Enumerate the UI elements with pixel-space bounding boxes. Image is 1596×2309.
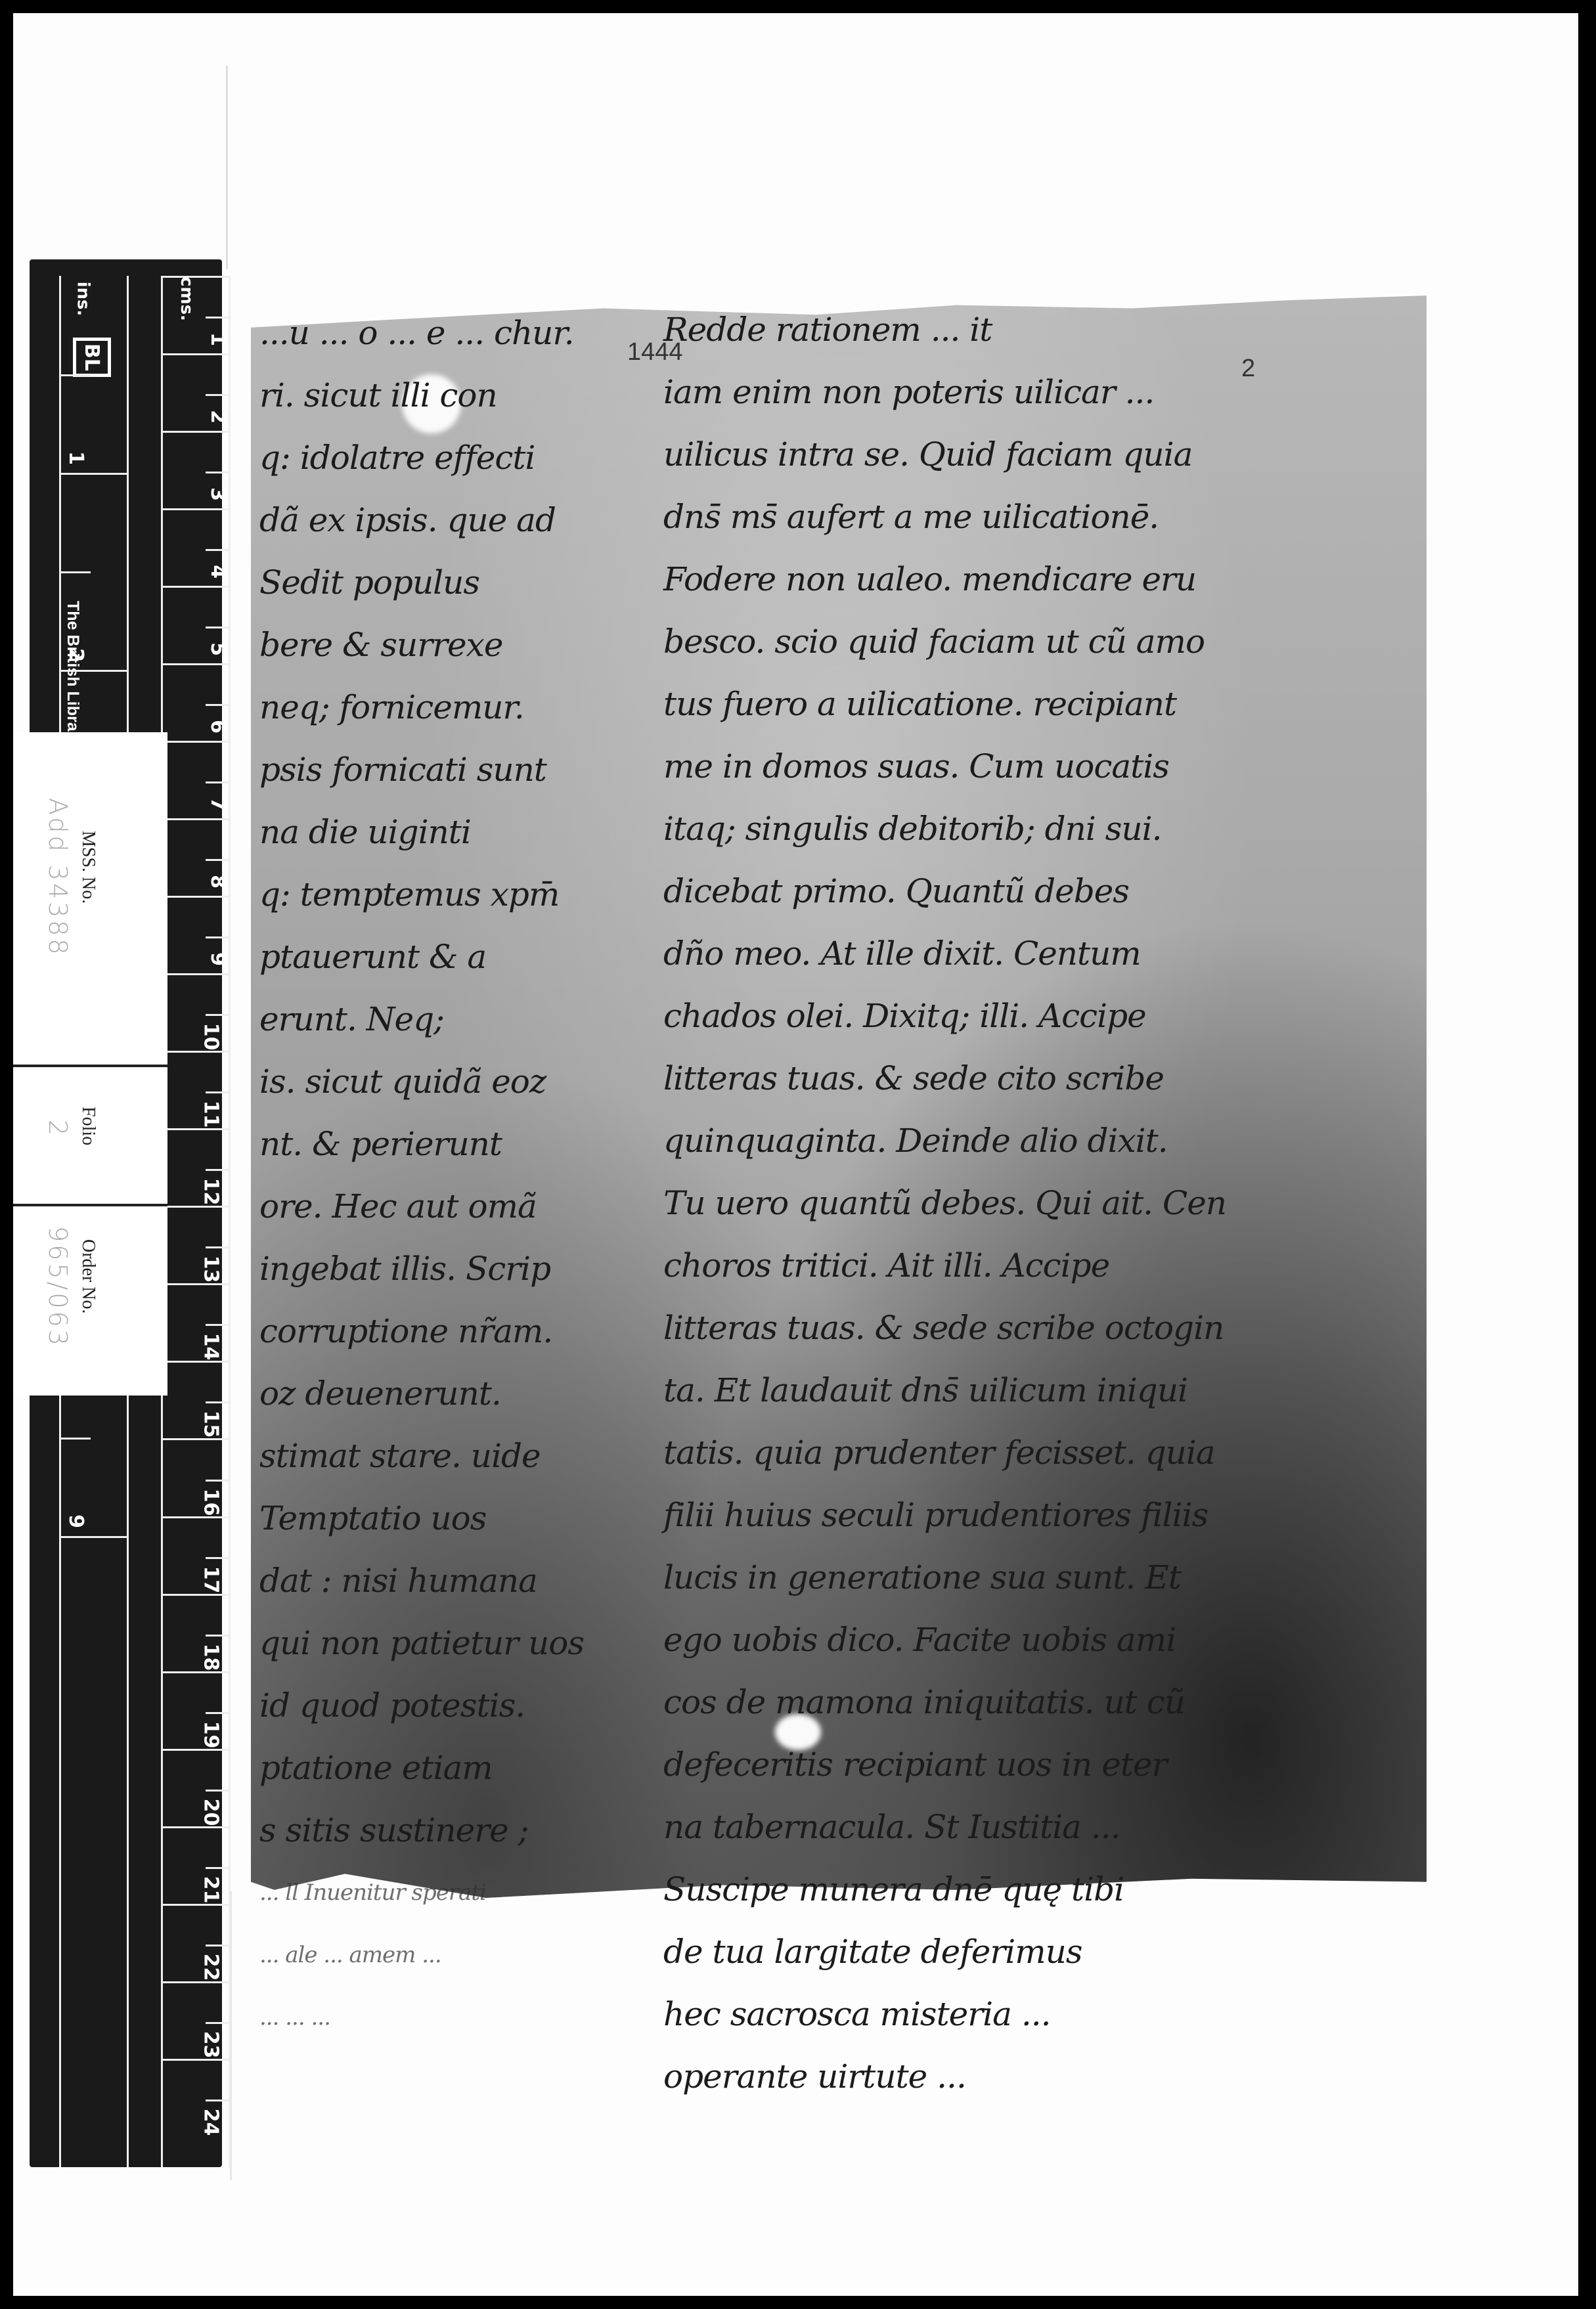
order-number-value: 965/063 <box>43 1226 72 1348</box>
manuscript-line: na die uiginti <box>259 801 584 864</box>
half-cm-tick <box>206 704 229 706</box>
cm-number: 2 <box>206 410 229 424</box>
manuscript-line: Fodere non ualeo. mendicare eru <box>663 548 1226 611</box>
manuscript-line: Tu uero quantũ debes. Qui ait. Cen <box>663 1172 1226 1235</box>
cm-cell: 9 <box>163 896 229 973</box>
half-cm-tick <box>206 1945 229 1946</box>
catalogue-label: MSS. No. Add 34388 Folio 2 Order No. 965… <box>13 732 167 1396</box>
cm-number: 20 <box>200 1798 223 1826</box>
cm-cell: 1 <box>163 276 229 353</box>
manuscript-line: dño meo. At ille dixit. Centum <box>663 923 1226 985</box>
manuscript-line: itaq; singulis debitorib; dni sui. <box>663 798 1226 860</box>
half-cm-tick <box>206 1635 229 1637</box>
manuscript-line: ptatione etiam <box>259 1737 584 1799</box>
cm-number: 5 <box>206 642 229 656</box>
manuscript-line: de tua largitate deferimus <box>663 1921 1226 1983</box>
manuscript-line: Sedit populus <box>259 552 584 614</box>
folio-box: Folio 2 <box>13 1067 167 1206</box>
manuscript-line: defeceritis recipiant uos in eter <box>663 1734 1226 1796</box>
manuscript-line: dns̄ ms̄ aufert a me uilicationē. <box>663 486 1226 548</box>
cm-cell: 22 <box>163 1904 229 1981</box>
cm-number: 1 <box>206 332 229 346</box>
cm-cell: 12 <box>163 1128 229 1206</box>
manuscript-line: ...u ... o ... e ... chur. <box>259 302 584 364</box>
manuscript-line: Redde rationem ... it <box>663 299 1226 361</box>
manuscript-line: ... ll Inuenitur sperati <box>259 1862 584 1924</box>
inch-number: 1 <box>64 451 87 465</box>
manuscript-line: is. sicut quidã eoz <box>259 1051 584 1113</box>
manuscript-line: iam enim non poteris uilicar ... <box>663 361 1226 424</box>
half-cm-tick <box>206 472 229 473</box>
cm-number: 16 <box>200 1488 223 1516</box>
manuscript-line: litteras tuas. & sede scribe octogin <box>663 1297 1226 1359</box>
manuscript-line: lucis in generatione sua sunt. Et <box>663 1547 1226 1609</box>
manuscript-line: choros tritici. Ait illi. Accipe <box>663 1235 1226 1297</box>
manuscript-line: uilicus intra se. Quid faciam quia <box>663 424 1226 486</box>
cm-number: 18 <box>200 1643 223 1671</box>
cm-cell: 18 <box>163 1594 229 1671</box>
manuscript-line: corruptione nr̃am. <box>259 1300 584 1363</box>
half-cm-tick <box>206 1790 229 1792</box>
cm-number: 23 <box>200 2031 223 2058</box>
cm-number: 12 <box>200 1178 223 1206</box>
left-text-column: ...u ... o ... e ... chur.ri. sicut illi… <box>259 302 584 2049</box>
cm-number: 9 <box>206 952 229 966</box>
half-cm-tick <box>206 781 229 783</box>
manuscript-line: neq; fornicemur. <box>259 676 584 739</box>
manuscript-line: quinquaginta. Deinde alio dixit. <box>663 1110 1226 1172</box>
cm-number: 3 <box>206 487 229 501</box>
manuscript-line: id quod potestis. <box>259 1675 584 1737</box>
manuscript-line: erunt. Neq; <box>259 988 584 1051</box>
cm-number: 10 <box>200 1023 223 1051</box>
cm-cell: 5 <box>163 586 229 663</box>
folio-title: Folio <box>78 1107 99 1145</box>
manuscript-line: ego uobis dico. Facite uobis ami <box>663 1609 1226 1671</box>
manuscript-line: tus fuero a uilicatione. recipiant <box>663 673 1226 736</box>
manuscript-line: cos de mamona iniquitatis. ut cũ <box>663 1671 1226 1734</box>
cm-number: 24 <box>200 2108 223 2136</box>
manuscript-line: Temptatio uos <box>259 1487 584 1550</box>
manuscript-line: ri. sicut illi con <box>259 364 584 427</box>
cm-cell: 8 <box>163 818 229 896</box>
mss-number-value: Add 34388 <box>43 798 72 957</box>
manuscript-line: besco. scio quid faciam ut cũ amo <box>663 611 1226 673</box>
manuscript-line: ... ... ... <box>259 1987 584 2049</box>
inch-number: 2 <box>64 648 87 662</box>
cm-cell: 19 <box>163 1671 229 1749</box>
manuscript-line: q: temptemus xpm̄ <box>259 864 584 926</box>
folio-value: 2 <box>43 1120 72 1138</box>
manuscript-line: nt. & perierunt <box>259 1113 584 1176</box>
manuscript-line: filii huius seculi prudentiores filiis <box>663 1484 1226 1547</box>
right-text-column: Redde rationem ... itiam enim non poteri… <box>663 299 1226 2108</box>
cm-number: 6 <box>206 720 229 734</box>
cm-number: 19 <box>200 1721 223 1748</box>
half-cm-tick <box>206 859 229 861</box>
manuscript-line: bere & surrexe <box>259 614 584 676</box>
half-inch-tick <box>61 571 91 573</box>
half-cm-tick <box>206 1169 229 1171</box>
cm-number: 4 <box>206 565 229 579</box>
manuscript-line: dicebat primo. Quantũ debes <box>663 860 1226 923</box>
cm-cell: 17 <box>163 1516 229 1594</box>
cm-cell: 7 <box>163 741 229 818</box>
manuscript-line: ingebat illis. Scrip <box>259 1238 584 1300</box>
cm-number: 15 <box>200 1411 223 1438</box>
inch-line <box>61 1536 127 1538</box>
half-cm-tick <box>206 1014 229 1016</box>
mss-number-box: MSS. No. Add 34388 <box>13 732 167 1067</box>
cm-number: 14 <box>200 1333 223 1361</box>
half-cm-tick <box>206 2022 229 2024</box>
cm-number: 8 <box>206 875 229 889</box>
cm-number: 13 <box>200 1256 223 1283</box>
manuscript-line: na tabernacula. St Iustitia ... <box>663 1796 1226 1858</box>
cm-number: 22 <box>200 1953 223 1981</box>
order-number-title: Order No. <box>78 1239 99 1314</box>
half-cm-tick <box>206 317 229 319</box>
manuscript-line: ore. Hec aut omã <box>259 1176 584 1238</box>
cm-cell: 24 <box>163 2059 229 2136</box>
cm-cell: 10 <box>163 973 229 1051</box>
half-cm-tick <box>206 1324 229 1326</box>
half-cm-tick <box>206 936 229 938</box>
cm-number: 11 <box>200 1101 223 1128</box>
cm-cell: 20 <box>163 1749 229 1826</box>
cm-number: 17 <box>200 1566 223 1593</box>
half-cm-tick <box>206 394 229 396</box>
half-cm-tick <box>206 1712 229 1714</box>
manuscript-line: psis fornicati sunt <box>259 739 584 801</box>
order-number-box: Order No. 965/063 <box>13 1206 167 1396</box>
manuscript-line: ta. Et laudauit dns̄ uilicum iniqui <box>663 1359 1226 1422</box>
half-cm-tick <box>206 1091 229 1093</box>
manuscript-line: dã ex ipsis. que ad <box>259 489 584 552</box>
cm-cell: 6 <box>163 663 229 741</box>
manuscript-line: dat : nisi humana <box>259 1550 584 1612</box>
manuscript-line: q: idolatre effecti <box>259 427 584 489</box>
manuscript-line: hec sacrosca misteria ... <box>663 1983 1226 2046</box>
half-cm-tick <box>206 1246 229 1248</box>
folio-mark: 2 <box>1241 355 1255 383</box>
manuscript-line: ptauerunt & a <box>259 926 584 988</box>
cm-cell: 14 <box>163 1283 229 1361</box>
half-inch-tick <box>61 1438 91 1440</box>
cm-cell: 11 <box>163 1051 229 1128</box>
cm-cell: 15 <box>163 1361 229 1438</box>
half-inch-tick <box>61 374 91 376</box>
half-cm-tick <box>206 549 229 551</box>
inch-number: 9 <box>64 1514 87 1528</box>
half-cm-tick <box>206 1557 229 1559</box>
manuscript-line: litteras tuas. & sede cito scribe <box>663 1047 1226 1110</box>
manuscript-line: chados olei. Dixitq; illi. Accipe <box>663 985 1226 1047</box>
inch-line <box>61 473 127 475</box>
manuscript-line: me in domos suas. Cum uocatis <box>663 736 1226 798</box>
cm-number: 21 <box>200 1876 223 1903</box>
cm-number: 7 <box>206 797 229 811</box>
mss-number-title: MSS. No. <box>78 831 99 904</box>
manuscript-line: ... ale ... amem ... <box>259 1924 584 1987</box>
half-cm-tick <box>206 1480 229 1482</box>
manuscript-line: qui non patietur uos <box>259 1612 584 1675</box>
half-cm-tick <box>206 627 229 628</box>
cm-scale: 123456789101112131415161718192021222324 <box>161 276 231 2167</box>
cm-cell: 4 <box>163 508 229 586</box>
manuscript-line: oz deuenerunt. <box>259 1363 584 1425</box>
cm-cell: 23 <box>163 1981 229 2059</box>
manuscript-line: operante uirtute ... <box>663 2046 1226 2108</box>
manuscript-line: tatis. quia prudenter fecisset. quia <box>663 1422 1226 1484</box>
manuscript-line: Suscipe munera dnē quę tibi <box>663 1858 1226 1921</box>
manuscript-line: s sitis sustinere ; <box>259 1799 584 1862</box>
half-cm-tick <box>206 1401 229 1403</box>
inch-line <box>61 670 127 672</box>
half-cm-tick <box>206 1867 229 1869</box>
cm-cell: 21 <box>163 1826 229 1904</box>
cm-cell: 2 <box>163 353 229 431</box>
manuscript-line: stimat stare. uide <box>259 1425 584 1487</box>
half-cm-tick <box>206 2100 229 2101</box>
cm-cell: 13 <box>163 1206 229 1283</box>
background-fold-line <box>226 66 228 269</box>
cm-cell: 3 <box>163 431 229 508</box>
cm-cell: 16 <box>163 1438 229 1516</box>
